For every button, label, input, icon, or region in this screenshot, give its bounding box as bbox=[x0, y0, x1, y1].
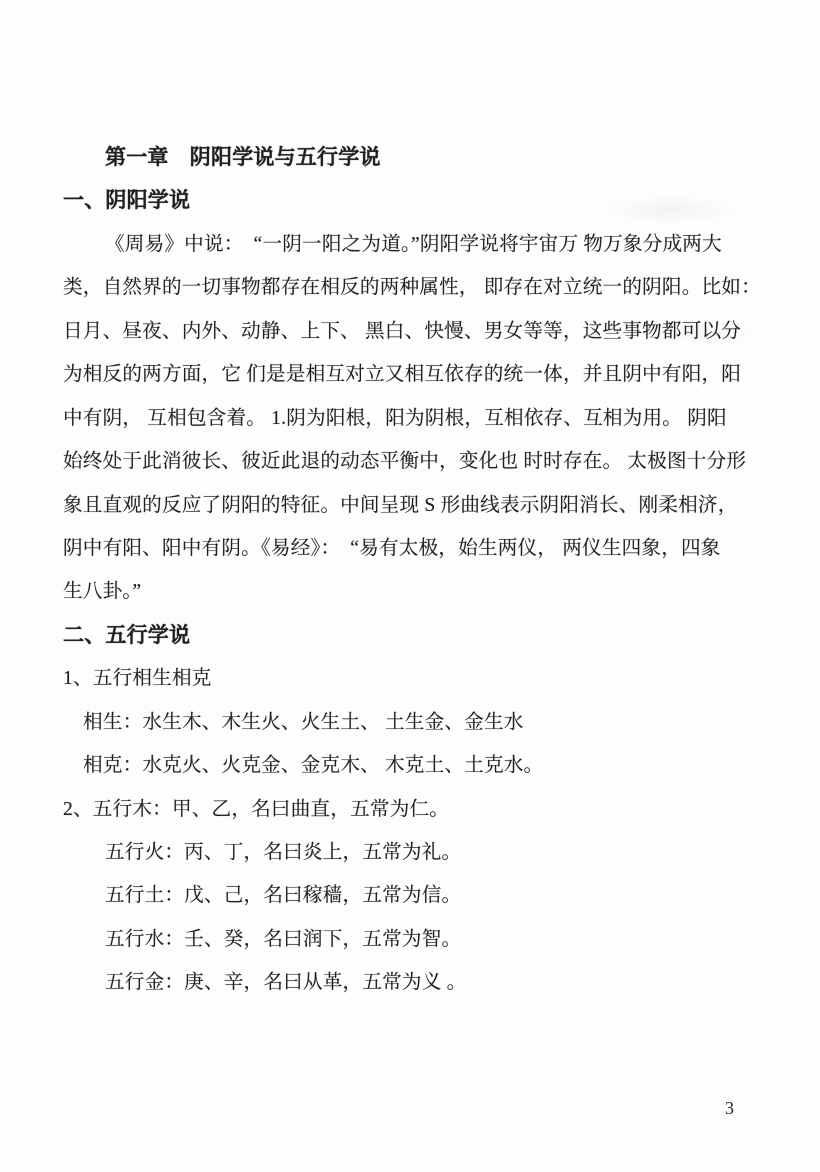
line-wuxing-earth: 五行土：戊、己，名曰稼穑，五常为信。 bbox=[63, 874, 763, 917]
paragraph-line: 始终处于此消彼长、彼近此退的动态平衡中，变化也 时时存在。 太极图十分形 bbox=[63, 440, 763, 483]
paragraph-line: 为相反的两方面，它 们是是相互对立又相互依存的统一体，并且阴中有阳，阳 bbox=[63, 353, 763, 396]
section-heading-wuxing: 二、五行学说 bbox=[63, 614, 763, 657]
item-wuxing-wood: 2、五行木：甲、乙，名曰曲直，五常为仁。 bbox=[63, 788, 763, 831]
paragraph-line: 日月、昼夜、内外、动静、上下、 黑白、快慢、男女等等，这些事物都可以分 bbox=[63, 310, 763, 353]
paragraph-line: 类，自然界的一切事物都存在相反的两种属性， 即存在对立统一的阴阳。比如： bbox=[63, 266, 763, 309]
paragraph-line: 阴中有阳、阳中有阴。《易经》： “易有太极，始生两仪， 两仪生四象，四象 bbox=[63, 527, 763, 570]
line-xiangsheng: 相生：水生木、木生火、火生土、 土生金、金生水 bbox=[63, 701, 763, 744]
page-number: 3 bbox=[725, 1096, 734, 1120]
paragraph-line: 生八卦。” bbox=[63, 570, 763, 613]
paragraph-line: 象且直观的反应了阴阳的特征。中间呈现 S 形曲线表示阴阳消长、刚柔相济， bbox=[63, 484, 763, 527]
chapter-heading: 第一章 阴阳学说与五行学说 bbox=[63, 136, 763, 179]
line-xiangke: 相克：水克火、火克金、金克木、 木克土、土克水。 bbox=[63, 744, 763, 787]
line-wuxing-water: 五行水：壬、癸，名曰润下，五常为智。 bbox=[63, 918, 763, 961]
scanned-document-page: 第一章 阴阳学说与五行学说 一、阴阳学说 《周易》中说： “一阴一阳之为道。”阴… bbox=[0, 0, 820, 1172]
document-body: 第一章 阴阳学说与五行学说 一、阴阳学说 《周易》中说： “一阴一阳之为道。”阴… bbox=[63, 136, 763, 1005]
paragraph-line: 《周易》中说： “一阴一阳之为道。”阴阳学说将宇宙万 物万象分成两大 bbox=[63, 223, 763, 266]
line-wuxing-fire: 五行火：丙、丁，名曰炎上，五常为礼。 bbox=[63, 831, 763, 874]
item-heading-shengke: 1、五行相生相克 bbox=[63, 657, 763, 700]
line-wuxing-metal: 五行金：庚、辛，名曰从革，五常为义 。 bbox=[63, 961, 763, 1004]
section-heading-yinyang: 一、阴阳学说 bbox=[63, 179, 763, 222]
paragraph-line: 中有阴， 互相包含着。 1.阴为阳根，阳为阴根，互相依存、互相为用。 阴阳 bbox=[63, 397, 763, 440]
